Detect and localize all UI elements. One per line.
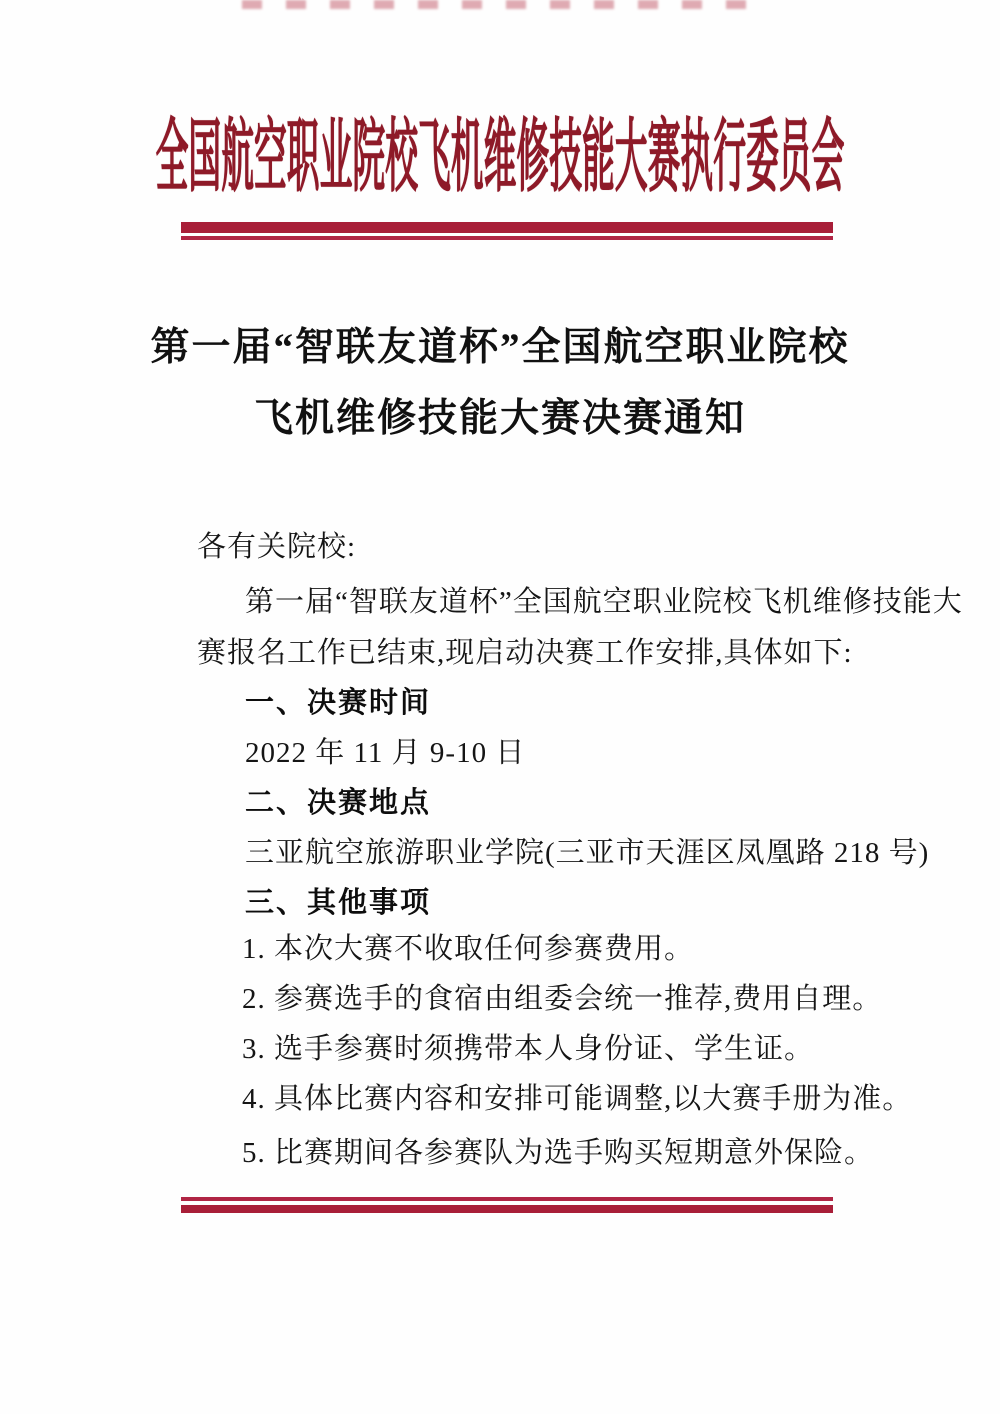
document-title-line-2: 飞机维修技能大赛决赛通知 [0,399,1000,438]
list-item-4: 4. 具体比赛内容和安排可能调整,以大赛手册为准。 [242,1083,912,1116]
letterhead-double-rule [181,222,833,240]
letterhead: 全国航空职业院校飞机维修技能大赛执行委员会 [0,110,1000,206]
rule-thin-line [181,236,833,240]
rule-thick-line [181,222,833,233]
footer-double-rule [181,1197,833,1213]
section-2-content-venue: 三亚航空旅游职业学院(三亚市天涯区凤凰路 218 号) [245,837,929,870]
section-3-heading: 三、其他事项 [245,887,431,920]
section-1-content-date: 2022 年 11 月 9-10 日 [245,737,525,770]
salutation: 各有关院校: [197,531,356,564]
section-1-heading: 一、决赛时间 [245,687,431,720]
section-2-heading: 二、决赛地点 [245,787,431,820]
scan-artifact-top-edge [242,0,767,9]
list-item-1: 1. 本次大赛不收取任何参赛费用。 [242,933,694,966]
rule-thick-line [181,1205,833,1213]
letterhead-title: 全国航空职业院校飞机维修技能大赛执行委员会 [156,118,845,198]
list-item-3: 3. 选手参赛时须携带本人身份证、学生证。 [242,1033,814,1066]
intro-paragraph-line-2: 赛报名工作已结束,现启动决赛工作安排,具体如下: [197,637,853,670]
scanned-notice-page: 全国航空职业院校飞机维修技能大赛执行委员会 第一届“智联友道杯”全国航空职业院校… [0,0,1000,1414]
document-title-line-1: 第一届“智联友道杯”全国航空职业院校 [0,328,1000,367]
intro-paragraph-line-1: 第一届“智联友道杯”全国航空职业院校飞机维修技能大 [245,586,963,619]
list-item-5: 5. 比赛期间各参赛队为选手购买短期意外保险。 [242,1137,874,1170]
list-item-2: 2. 参赛选手的食宿由组委会统一推荐,费用自理。 [242,983,882,1016]
